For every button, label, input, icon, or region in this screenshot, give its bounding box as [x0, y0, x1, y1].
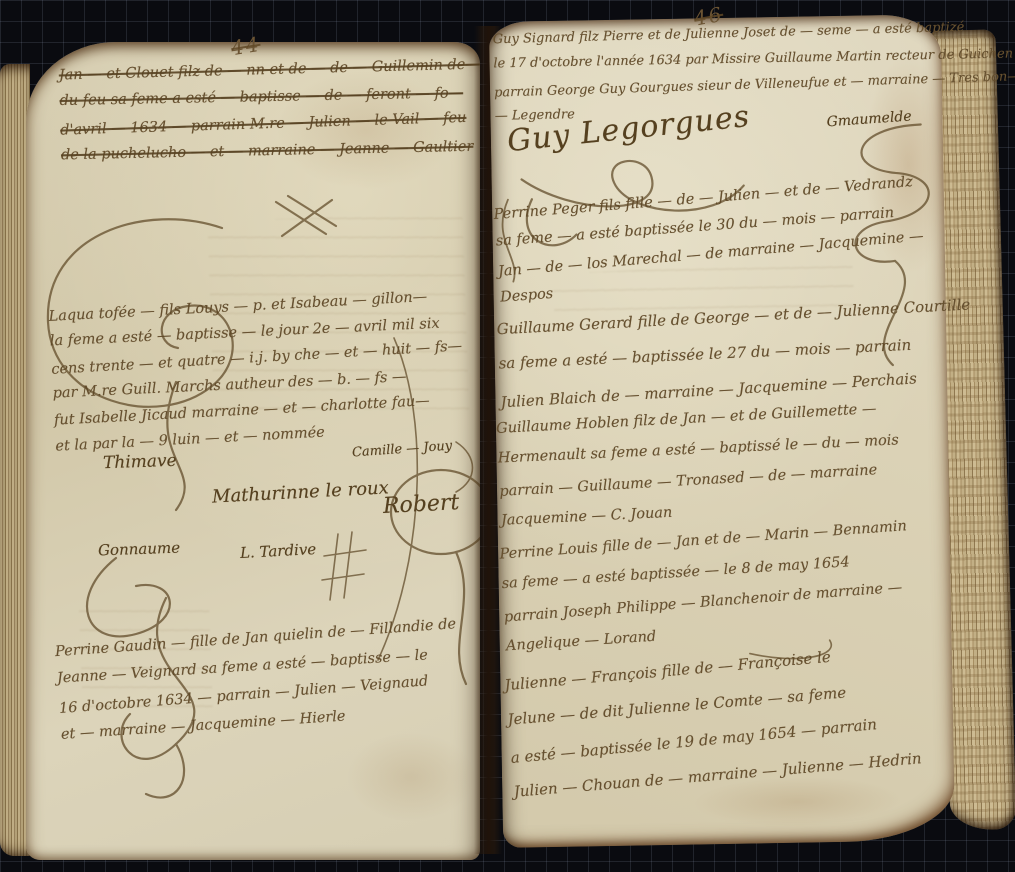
signature: Gonnaume — [98, 539, 181, 560]
signature: Thimave — [103, 451, 177, 474]
right-page: 46 Guy Signard filz Pierre et de Julienn… — [489, 14, 955, 848]
manuscript-photo: 44 Jan — et Clouet filz de — nn et de — … — [0, 0, 1015, 872]
left-page: 44 Jan — et Clouet filz de — nn et de — … — [26, 42, 480, 860]
baptism-record: Laqua tofée — fils Louys — p. et Isabeau… — [48, 287, 467, 464]
page-stain — [346, 732, 476, 822]
baptism-record: Julienne — François fille de — Françoise… — [504, 641, 924, 820]
signature: L. Tardive — [240, 540, 317, 562]
signature: Robert — [382, 490, 459, 519]
baptism-record: Perrine Peger fils fille — de — Julien —… — [493, 174, 927, 319]
baptism-record: Jan — et Clouet filz de — nn et de — de … — [59, 57, 483, 176]
baptism-record: Perrine Gaudin — fille de Jan quielin de… — [55, 616, 464, 756]
signature: Mathurinne le roux — [212, 477, 390, 507]
page-number-left: 44 — [229, 32, 262, 60]
